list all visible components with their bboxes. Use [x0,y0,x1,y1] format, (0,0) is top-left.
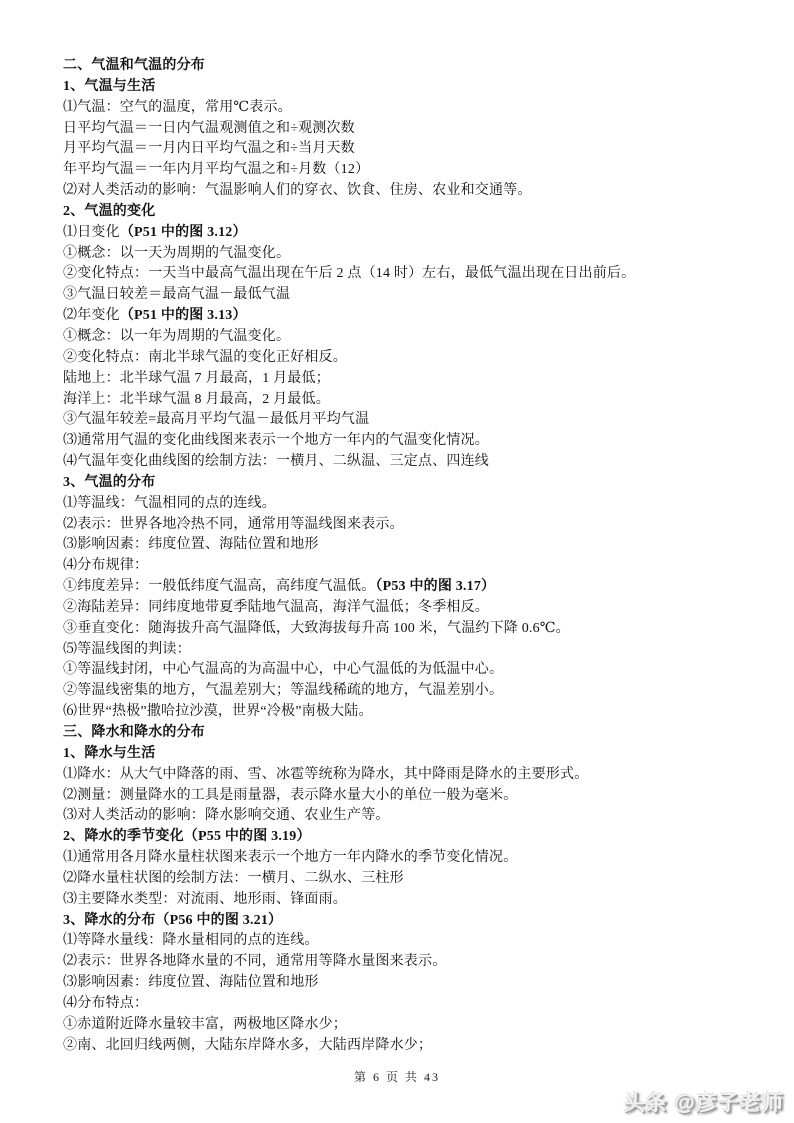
line-regular-text: ②南、北回归线两侧，大陆东岸降水多，大陆西岸降水少； [63,1038,432,1053]
text-line: ⑷气温年变化曲线图的绘制方法：一横月、二纵温、三定点、四连线 [63,452,744,473]
line-regular-text: ①等温线封闭，中心气温高的为高温中心，中心气温低的为低温中心。 [63,662,503,677]
line-regular-text: ①概念：以一年为周期的气温变化。 [63,329,290,344]
line-regular-text: ②海陆差异：同纬度地带夏季陆地气温高，海洋气温低；冬季相反。 [63,600,489,615]
text-line: ⑶主要降水类型：对流雨、地形雨、锋面雨。 [63,890,744,911]
line-regular-text: ②变化特点：南北半球气温的变化正好相反。 [63,350,347,365]
line-bold-text: （P51 中的图 3.12） [120,225,247,240]
line-regular-text: 陆地上：北半球气温 7 月最高，1 月最低； [63,371,330,386]
line-regular-text: ③气温日较差＝最高气温－最低气温 [63,287,290,302]
line-regular-text: ①概念：以一天为周期的气温变化。 [63,246,290,261]
text-line: 三、降水和降水的分布 [63,723,744,744]
text-line: 3、降水的分布（P56 中的图 3.21） [63,911,744,932]
text-line: 日平均气温＝一日内气温观测值之和÷观测次数 [63,119,744,140]
text-line: ⑶对人类活动的影响：降水影响交通、农业生产等。 [63,806,744,827]
line-regular-text: ⑵降水量柱状图的绘制方法：一横月、二纵水、三柱形 [63,871,404,886]
line-bold-text: 2、降水的季节变化（P55 中的图 3.19） [63,829,311,844]
text-line: ⑴等降水量线：降水量相同的点的连线。 [63,931,744,952]
text-line: ⑹世界“热极”撒哈拉沙漠，世界“冷极”南极大陆。 [63,702,744,723]
line-regular-text: ⑴等温线：气温相同的点的连线。 [63,496,276,511]
text-line: ⑷分布特点： [63,994,744,1015]
line-bold-text: 二、气温和气温的分布 [63,58,205,73]
text-line: ⑸等温线图的判读： [63,640,744,661]
line-regular-text: ⑴等降水量线：降水量相同的点的连线。 [63,933,319,948]
line-regular-text: ⑶影响因素：纬度位置、海陆位置和地形 [63,975,319,990]
line-regular-text: ⑷分布规律： [63,558,148,573]
text-line: ③垂直变化：随海拔升高气温降低，大致海拔每升高 100 米，气温约下降 0.6℃… [63,619,744,640]
line-regular-text: ⑶对人类活动的影响：降水影响交通、农业生产等。 [63,808,390,823]
text-line: ②变化特点：南北半球气温的变化正好相反。 [63,348,744,369]
line-regular-text: ①赤道附近降水量较丰富，两极地区降水少； [63,1017,347,1032]
text-line: 3、气温的分布 [63,473,744,494]
line-regular-text: ⑷分布特点： [63,996,148,1011]
line-regular-text: ⑴气温：空气的温度，常用℃表示。 [63,100,292,115]
line-regular-text: ⑹世界“热极”撒哈拉沙漠，世界“冷极”南极大陆。 [63,704,373,719]
text-line: 陆地上：北半球气温 7 月最高，1 月最低； [63,369,744,390]
text-line: ⑵表示：世界各地降水量的不同，通常用等降水量图来表示。 [63,952,744,973]
text-line: ②等温线密集的地方，气温差别大；等温线稀疏的地方，气温差别小。 [63,681,744,702]
line-bold-text: （P51 中的图 3.13） [120,308,247,323]
line-regular-text: ⑵对人类活动的影响：气温影响人们的穿衣、饮食、住房、农业和交通等。 [63,183,532,198]
line-regular-text: ⑷气温年变化曲线图的绘制方法：一横月、二纵温、三定点、四连线 [63,454,489,469]
line-bold-text: 2、气温的变化 [63,204,155,219]
line-regular-text: ②等温线密集的地方，气温差别大；等温线稀疏的地方，气温差别小。 [63,683,503,698]
text-line: ⑴气温：空气的温度，常用℃表示。 [63,98,744,119]
line-regular-text: ⑴日变化 [63,225,120,240]
line-regular-text: ⑵表示：世界各地冷热不同，通常用等温线图来表示。 [63,517,404,532]
text-line: ①赤道附近降水量较丰富，两极地区降水少； [63,1015,744,1036]
text-line: ⑵表示：世界各地冷热不同，通常用等温线图来表示。 [63,515,744,536]
text-line: ②南、北回归线两侧，大陆东岸降水多，大陆西岸降水少； [63,1036,744,1057]
line-bold-text: 3、降水的分布（P56 中的图 3.21） [63,913,282,928]
text-line: ⑷分布规律： [63,556,744,577]
line-regular-text: ②变化特点：一天当中最高气温出现在午后 2 点（14 时）左右，最低气温出现在日… [63,266,635,281]
text-line: ⑴日变化（P51 中的图 3.12） [63,223,744,244]
text-line: ⑵降水量柱状图的绘制方法：一横月、二纵水、三柱形 [63,869,744,890]
text-line: ①概念：以一年为周期的气温变化。 [63,327,744,348]
line-regular-text: ⑸等温线图的判读： [63,642,191,657]
line-bold-text: （P53 中的图 3.17） [375,579,495,594]
line-regular-text: ⑵年变化 [63,308,120,323]
text-line: ⑴通常用各月降水量柱状图来表示一个地方一年内降水的季节变化情况。 [63,848,744,869]
text-line: ①概念：以一天为周期的气温变化。 [63,244,744,265]
text-line: ⑵年变化（P51 中的图 3.13） [63,306,744,327]
text-line: ⑶影响因素：纬度位置、海陆位置和地形 [63,535,744,556]
line-regular-text: 年平均气温＝一年内月平均气温之和÷月数（12） [63,162,369,177]
line-regular-text: ③气温年较差=最高月平均气温－最低月平均气温 [63,412,369,427]
document-body: 二、气温和气温的分布 1、气温与生活 ⑴气温：空气的温度，常用℃表示。 日平均气… [63,56,744,1057]
text-line: 二、气温和气温的分布 [63,56,744,77]
text-line: 2、气温的变化 [63,202,744,223]
text-line: 2、降水的季节变化（P55 中的图 3.19） [63,827,744,848]
text-line: 1、气温与生活 [63,77,744,98]
text-line: ③气温年较差=最高月平均气温－最低月平均气温 [63,410,744,431]
line-bold-text: 1、气温与生活 [63,79,155,94]
text-line: ②海陆差异：同纬度地带夏季陆地气温高，海洋气温低；冬季相反。 [63,598,744,619]
line-regular-text: ⑵表示：世界各地降水量的不同，通常用等降水量图来表示。 [63,954,446,969]
text-line: 年平均气温＝一年内月平均气温之和÷月数（12） [63,160,744,181]
line-regular-text: ③垂直变化：随海拔升高气温降低，大致海拔每升高 100 米，气温约下降 0.6℃… [63,621,570,636]
line-bold-text: 3、气温的分布 [63,475,155,490]
line-regular-text: ⑴降水：从大气中降落的雨、雪、冰雹等统称为降水，其中降雨是降水的主要形式。 [63,767,588,782]
text-line: ③气温日较差＝最高气温－最低气温 [63,285,744,306]
text-line: ⑶通常用气温的变化曲线图来表示一个地方一年内的气温变化情况。 [63,431,744,452]
line-regular-text: 海洋上：北半球气温 8 月最高，2 月最低。 [63,392,330,407]
text-line: ②变化特点：一天当中最高气温出现在午后 2 点（14 时）左右，最低气温出现在日… [63,264,744,285]
page-number: 第 6 页 共 43 [0,1068,794,1085]
text-line: ①等温线封闭，中心气温高的为高温中心，中心气温低的为低温中心。 [63,660,744,681]
line-regular-text: ⑶影响因素：纬度位置、海陆位置和地形 [63,537,319,552]
text-line: ⑶影响因素：纬度位置、海陆位置和地形 [63,973,744,994]
line-regular-text: ⑵测量：测量降水的工具是雨量器，表示降水量大小的单位一般为毫米。 [63,788,517,803]
text-line: 海洋上：北半球气温 8 月最高，2 月最低。 [63,390,744,411]
line-regular-text: ⑴通常用各月降水量柱状图来表示一个地方一年内降水的季节变化情况。 [63,850,517,865]
watermark: 头条 @彦子老师 [624,1087,784,1117]
text-line: 1、降水与生活 [63,744,744,765]
line-regular-text: ①纬度差异：一般低纬度气温高，高纬度气温低。 [63,579,375,594]
text-line: ⑵对人类活动的影响：气温影响人们的穿衣、饮食、住房、农业和交通等。 [63,181,744,202]
line-regular-text: 月平均气温＝一月内日平均气温之和÷当月天数 [63,141,355,156]
text-line: ⑵测量：测量降水的工具是雨量器，表示降水量大小的单位一般为毫米。 [63,786,744,807]
text-line: ⑴降水：从大气中降落的雨、雪、冰雹等统称为降水，其中降雨是降水的主要形式。 [63,765,744,786]
line-regular-text: ⑶通常用气温的变化曲线图来表示一个地方一年内的气温变化情况。 [63,433,489,448]
text-line: ①纬度差异：一般低纬度气温高，高纬度气温低。（P53 中的图 3.17） [63,577,744,598]
line-regular-text: 日平均气温＝一日内气温观测值之和÷观测次数 [63,121,355,136]
line-bold-text: 1、降水与生活 [63,746,155,761]
text-line: ⑴等温线：气温相同的点的连线。 [63,494,744,515]
line-regular-text: ⑶主要降水类型：对流雨、地形雨、锋面雨。 [63,892,347,907]
text-line: 月平均气温＝一月内日平均气温之和÷当月天数 [63,139,744,160]
line-bold-text: 三、降水和降水的分布 [63,725,205,740]
